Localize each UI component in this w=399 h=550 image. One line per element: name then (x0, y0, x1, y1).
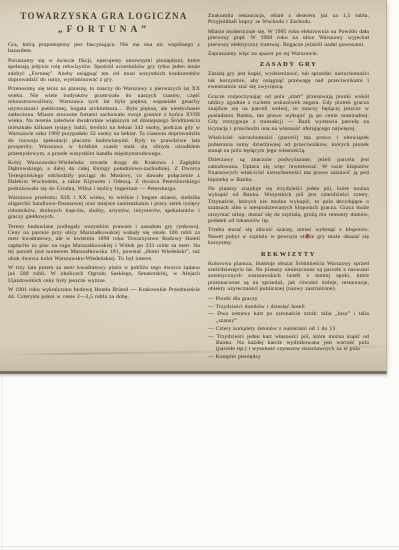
list-item: — Pionki dla graczy (208, 296, 369, 302)
paragraph: Znakomita restauracja, obiad z deserem j… (208, 13, 369, 26)
red-ink-dot (306, 234, 309, 237)
paragraph: Kolej Warszawsko-Wiedeńska otwarła drogę… (8, 160, 200, 192)
paragraph: Właściciel nieruchomości (parceli) ma pr… (208, 135, 369, 154)
paragraph: Kolorowa plansza, ilustruje obszar Śródm… (208, 261, 369, 293)
paragraph: Dzierżawy są znacznie podwyższone, jeżel… (208, 157, 369, 183)
requisites-heading: REKWIZYTY (208, 251, 369, 258)
paragraph: Gracze rozpoczynając od pola „start” prz… (208, 94, 369, 132)
document-title-line1: TOWARZYSKA GRA LOGICZNA (8, 11, 200, 21)
scanner-bottom-edge (0, 546, 399, 547)
paragraph: Tereny budowlane podlegały wszystkim pra… (8, 224, 200, 262)
rules-heading: ZASADY GRY (208, 61, 369, 68)
list-item: — Dwa zestawy kart po szesnaście sztuk: … (208, 311, 369, 324)
paragraph: Trzeba starać się zdwoić szansę, umieć w… (208, 227, 369, 246)
paragraph: Warszawa przełomu XIX i XX wieku, to wie… (8, 195, 200, 221)
document-title: TOWARZYSKA GRA LOGICZNA „FORTUNA” (8, 11, 200, 35)
left-column: Gra, którą proponujemy jest fascynująca.… (8, 42, 200, 303)
paragraph: W 1901 roku wykończono budowę Hotelu Bri… (8, 287, 200, 300)
list-item: — Cztery komplety żetonów z numerami od … (208, 326, 369, 332)
scanned-paper: TOWARZYSKA GRA LOGICZNA „FORTUNA” Gra, k… (0, 0, 387, 374)
paragraph: W trzy lata potem za metr kwadratowy pla… (8, 265, 200, 284)
paragraph: Poruszamy się w świecie fikcji, operujem… (8, 58, 200, 84)
paragraph: Przenosimy się teraz na planszę, to znac… (8, 86, 200, 156)
list-item: — Trzydzieści domków i dziesięć hoteli (208, 304, 369, 310)
paragraph: Zasadą gry jest kupić, wydzierżawić, lub… (208, 71, 369, 90)
paragraph: Gra, którą proponujemy jest fascynująca.… (8, 42, 200, 55)
paragraph: Miasto modernizuje się. W 1905 roku elek… (208, 29, 369, 48)
scan-background: { "colors": { "paper": "#d7ceba", "ink":… (0, 0, 399, 550)
right-column: Znakomita restauracja, obiad z deserem j… (208, 13, 369, 362)
paragraph: Na planszy znajduje się trzydzieści jede… (208, 186, 369, 224)
list-item: — Komplet pieniędzy (208, 354, 369, 360)
document-title-line2: „FORTUNA” (8, 25, 200, 35)
paragraph: Zapraszamy więc na spacer po tej Warszaw… (208, 51, 369, 57)
